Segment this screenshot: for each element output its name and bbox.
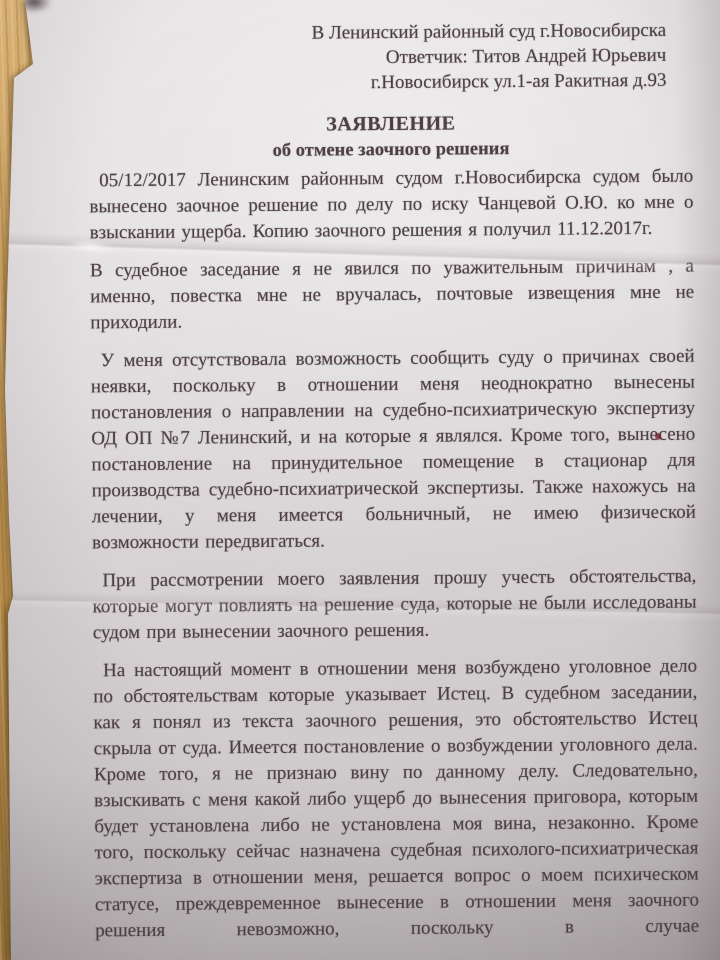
dark-smudge	[16, 0, 52, 13]
document-title: ЗАЯВЛЕНИЕ	[89, 109, 693, 140]
paragraph-5: На настоящий момент в отношении меня воз…	[93, 654, 699, 945]
paragraph-3: У меня отсутствовала возможность сообщит…	[91, 344, 697, 557]
paragraph-2: В судебное заседание я не явился по уваж…	[90, 254, 695, 337]
address-line: г.Новосибирск ул.1-ая Ракитная д.93	[88, 68, 666, 98]
paper-wrap: В Ленинский районный суд г.Новосибирска …	[0, 0, 720, 960]
paragraph-4: При рассмотрении моего заявления прошу у…	[92, 564, 697, 647]
document-header: В Ленинский районный суд г.Новосибирска …	[88, 18, 693, 98]
paragraph-1: 05/12/2017 Ленинским районным судом г.Но…	[89, 164, 694, 247]
document-subtitle: об отмене заочного решения	[89, 136, 693, 165]
document-content: В Ленинский районный суд г.Новосибирска …	[88, 18, 699, 957]
paper-sheet: В Ленинский районный суд г.Новосибирска …	[0, 0, 720, 960]
document-body: 05/12/2017 Ленинским районным судом г.Но…	[89, 164, 699, 945]
